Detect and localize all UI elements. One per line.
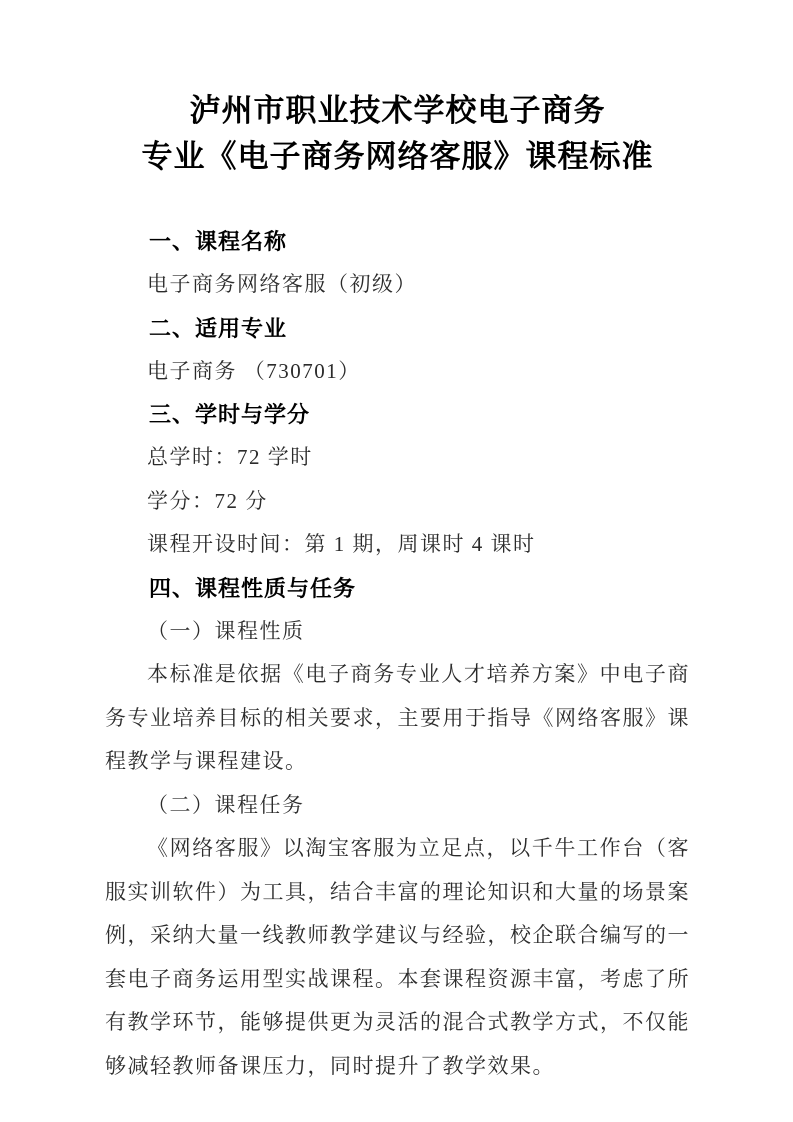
title-line-2: 专业《电子商务网络客服》课程标准	[105, 134, 690, 180]
course-schedule-line: 课程开设时间：第 1 期，周课时 4 课时	[105, 523, 690, 567]
credits-line: 学分：72 分	[105, 480, 690, 524]
subsection-heading-course-nature: （一）课程性质	[105, 610, 690, 654]
document-body: 一、课程名称 电子商务网络客服（初级） 二、适用专业 电子商务 （730701）…	[105, 220, 690, 1088]
document-title: 泸州市职业技术学校电子商务 专业《电子商务网络客服》课程标准	[105, 88, 690, 180]
document-page: 泸州市职业技术学校电子商务 专业《电子商务网络客服》课程标准 一、课程名称 电子…	[0, 0, 793, 1122]
section-heading-hours-credits: 三、学时与学分	[105, 393, 690, 436]
course-tasks-paragraph: 《网络客服》以淘宝客服为立足点，以千牛工作台（客服实训软件）为工具，结合丰富的理…	[105, 827, 690, 1088]
section-heading-course-name: 一、课程名称	[105, 220, 690, 263]
title-line-1: 泸州市职业技术学校电子商务	[105, 88, 690, 134]
section-heading-applicable-major: 二、适用专业	[105, 307, 690, 350]
total-hours-line: 总学时：72 学时	[105, 436, 690, 480]
course-name-value: 电子商务网络客服（初级）	[105, 263, 690, 307]
applicable-major-value: 电子商务 （730701）	[105, 350, 690, 394]
section-heading-nature-tasks: 四、课程性质与任务	[105, 567, 690, 610]
subsection-heading-course-tasks: （二）课程任务	[105, 784, 690, 828]
course-nature-paragraph: 本标准是依据《电子商务专业人才培养方案》中电子商务专业培养目标的相关要求，主要用…	[105, 653, 690, 784]
